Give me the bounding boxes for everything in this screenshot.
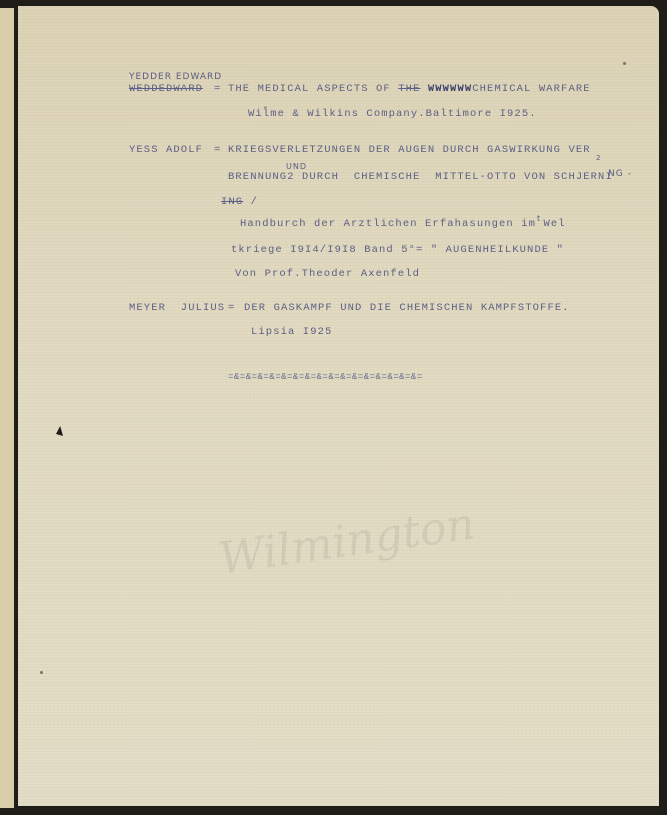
paper-hole xyxy=(56,426,63,436)
struck-fragment: ING xyxy=(221,196,243,208)
entry-2-title-line-2: BRENNUNG2 DURCH CHEMISCHE MITTEL-OTTO VO… xyxy=(228,171,613,183)
paper-speck xyxy=(40,671,43,674)
entry-3-author: MEYER JULIUS xyxy=(129,302,225,314)
entry-1-publisher: Wil̂me & Wilkins Company.Baltimore I925. xyxy=(248,108,537,120)
entry-2-source-line-1: Handburch der Arztlichen Erfahasungen im… xyxy=(240,218,566,230)
title-suffix: CHEMICAL WARFARE xyxy=(472,83,590,95)
entry-2-title-line-3: ING / xyxy=(221,196,258,208)
hyphen-mark: 2 xyxy=(596,154,601,162)
entry-separator: = xyxy=(214,83,221,95)
entry-2-source-line-2: tkriege I9I4/I9I8 Band 5°= " AUGENHEILKU… xyxy=(231,244,564,256)
handwritten-author-correction: YEDDER EDWARD xyxy=(129,72,222,82)
struck-word: THE xyxy=(398,83,420,95)
hyphen-mark: t xyxy=(537,214,541,223)
slash: / xyxy=(243,196,258,208)
entry-1-title: THE MEDICAL ASPECTS OF THE WWWWWWCHEMICA… xyxy=(228,83,591,95)
handwritten-insert: UND xyxy=(286,162,307,171)
entry-separator: = xyxy=(228,302,235,314)
overtyped-word: WWWWWW xyxy=(428,83,472,95)
paper-watermark: Wilmington xyxy=(216,498,478,584)
section-divider: =&=&=&=&=&=&=&=&=&=&=&=&=&=&=&=&= xyxy=(228,372,423,382)
entry-2-author: YESS ADOLF xyxy=(129,144,203,156)
previous-page-edge xyxy=(0,8,14,808)
entry-separator: = xyxy=(214,144,221,156)
paper-speck xyxy=(623,62,626,65)
document-page: Wilmington YEDDER EDWARD WEDDEDWARD = TH… xyxy=(18,6,659,806)
entry-2-title-line-1: KRIEGSVERLETZUNGEN DER AUGEN DURCH GASWI… xyxy=(228,144,591,156)
entry-3-publisher: Lipsia I925 xyxy=(251,326,332,338)
struck-author: WEDDEDWARD xyxy=(129,83,203,95)
entry-2-source-line-3: Von Prof.Theoder Axenfeld xyxy=(235,268,420,280)
title-prefix: THE MEDICAL ASPECTS OF xyxy=(228,83,398,95)
handwritten-continuation: NG - xyxy=(608,169,632,179)
entry-3-title: DER GASKAMPF UND DIE CHEMISCHEN KAMPFSTO… xyxy=(244,302,570,314)
